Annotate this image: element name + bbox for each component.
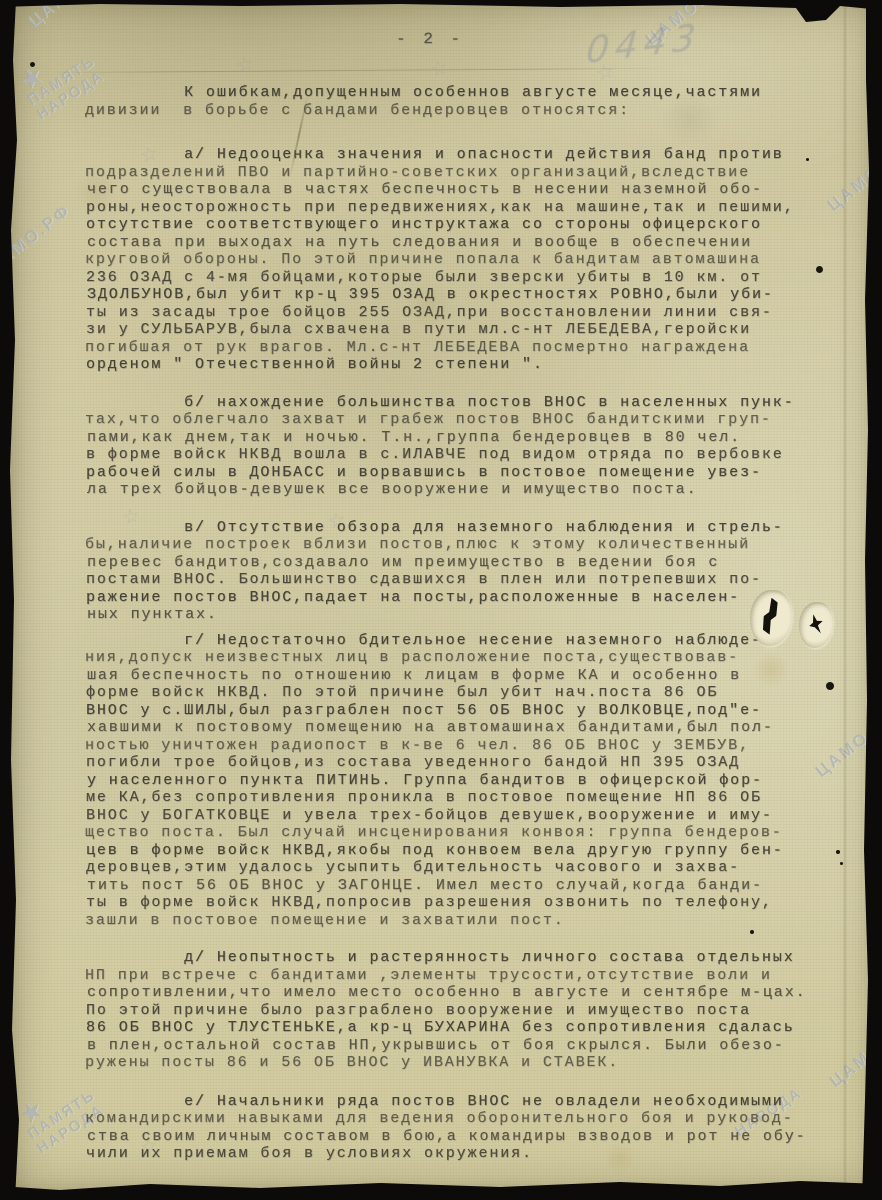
text-line: сопротивлении,что имело место особенно в… [87,984,847,1002]
text-line: 236 ОЗАД с 4-мя бойцами,которые были зве… [86,269,846,287]
text-line: К ошибкам,допущенным особеннов августе м… [86,84,846,102]
page-number: - 2 - [0,30,860,48]
ink-speck [30,62,35,67]
ink-speck [826,682,834,690]
text-line: По этой причине было разграблено вооруже… [86,1002,846,1020]
text-line: ства своим личным составом в бою,а коман… [87,1128,847,1146]
text-line: перевес бандитов,создавало им преимущест… [87,554,847,572]
text-line: рабочей силы в ДОНБАСС и ворвавшись в по… [86,464,846,482]
text-line: пами,как днем,так и ночью. Т.н.,группа б… [87,429,847,447]
fold-crease [843,0,847,1200]
text-line: в плен,остальной состав НП,укрывшись от … [87,1037,847,1055]
text-line: деровцев,этим удалось усыпить бдительнос… [86,859,846,877]
text-line: б/ нахождение большинства постов ВНОС в … [86,394,846,412]
text-line: НП при встрече с бандитами ,элементы тру… [85,967,845,985]
text-line: бы,наличие построек вблизи постов,плюс к… [85,536,845,554]
text-line: а/ Недооценка значения и опасности дейст… [86,146,846,164]
text-line: чили их приемам боя в условиях окружения… [86,1145,846,1163]
star-watermark-icon: ☆ [234,50,257,78]
text-line: ВНОС у БОГАТКОВЦЕ и увела трех-бойцов де… [86,807,846,825]
text-line: г/ Недостаточно бдительное несение назем… [86,632,846,650]
text-line: в форме войск НКВД вошла в с.ИЛАВЧЕ под … [86,446,846,464]
scan-border-top [0,0,882,24]
scan-border-left [0,0,30,1200]
text-line: погибшая от рук врагов. Мл.с-нт ЛЕБЕДЕВА… [85,339,845,357]
paragraph-intro: К ошибкам,допущенным особеннов августе м… [86,84,846,119]
text-line: круговой обороны. По этой причине попала… [85,251,845,269]
text-line: ражение постов ВНОС,падает на посты,расп… [86,589,846,607]
text-line: ла трех бойцов-девушек все вооружение и … [87,481,847,499]
text-line: хавшими к постовому помещению на автомаш… [87,719,847,737]
text-line: тах,что облегчало захват и грабеж постов… [85,411,845,429]
paragraph-e: е/ Начальники ряда постов ВНОС не овладе… [86,1093,846,1163]
text-line: роны,неосторожность при передвижениях,ка… [86,199,846,217]
text-line: ностью уничтожен радиопост в к-ве 6 чел.… [85,737,845,755]
scan-border-bottom [0,1172,882,1200]
text-line: д/ Неопытность и растерянность личного с… [86,949,846,967]
text-line: шая беспечность по отношению к лицам в ф… [87,667,847,685]
ink-speck [750,930,754,934]
star-icon: ★ [16,1070,90,1128]
scan-border-right [852,0,882,1200]
text-line: цев в форме войск НКВД,якобы под конвоем… [86,842,846,860]
text-line: состава при выходах на путь следования и… [87,234,847,252]
text-line: 86 ОБ ВНОС у ТЛУСТЕНЬКЕ,а кр-ц БУХАРИНА … [86,1019,846,1037]
scanned-document-page: ЦАМО.РФ ЦАМО.РФ ЦАМО.РФ ЦАМО.РФ ЦАМО.РФ … [0,0,882,1200]
paragraph-d: д/ Неопытность и растерянность личного с… [86,949,846,1072]
text-line: орденом " Отечественной войны 2 степени … [86,356,846,374]
text-line: ты в форме войск НКВД,попросив разрешени… [86,894,846,912]
text-line: форме войск НКВД. По этой причине был уб… [86,684,846,702]
text-line: щество поста. Был случай инсценирования … [85,824,845,842]
text-line: е/ Начальники ряда постов ВНОС не овладе… [86,1093,846,1111]
text-line: зашли в постовое помещение и захватили п… [85,912,845,930]
paper-hole-dark [808,613,825,635]
text-line: погибли трое бойцов,из состава уведенног… [86,754,846,772]
text-line: у населенного пункта ПИТИНЬ. Группа банд… [87,772,847,790]
ink-speck [816,266,823,273]
paragraph-b: б/ нахождение большинства постов ВНОС в … [86,394,846,499]
ink-speck [806,158,809,161]
text-line: зи у СУЛЬБАРУВ,была схвачена в пути мл.с… [86,321,846,339]
text-line: подразделений ПВО и партийно-советских о… [85,164,845,182]
star-watermark-icon: ☆ [594,58,617,86]
text-line: ружены посты 86 и 56 ОБ ВНОС у ИВАНУВКА … [85,1054,845,1072]
paragraph-g: г/ Недостаточно бдительное несение назем… [86,632,846,930]
text-line: командирскими навыками для ведения оборо… [85,1110,845,1128]
text-line: ме КА,без сопротивления проникла в посто… [86,789,846,807]
ink-speck [836,850,840,854]
text-line: ВНОС у с.ШИЛЫ,был разграблен пост 56 ОБ … [86,702,846,720]
text-line: чего существовала в частях беспечность в… [87,181,847,199]
text-line: ты из засады трое бойцов 255 ОЗАД,при во… [86,304,846,322]
text-line: постами ВНОС. Большинство сдавшихся в пл… [86,571,846,589]
text-line: тить пост 56 ОБ ВНОС у ЗАГОНЦЕ. Имел мес… [87,877,847,895]
text-line: ния,допуск неизвестных лиц в расположени… [85,649,845,667]
text-line: отсутствие соответствующего инструктажа … [86,216,846,234]
text-line: ных пунктах. [87,606,847,624]
document-body: К ошибкам,допущенным особеннов августе м… [86,84,846,1163]
paragraph-a: а/ Недооценка значения и опасности дейст… [86,146,846,374]
fold-crease [44,68,664,73]
paper-hole-dark [759,597,780,635]
text-line: дивизии в борьбе с бандами бендеровцев о… [85,102,845,120]
text-line: ЗДОЛБУНОВ,был убит кр-ц 395 ОЗАД в окрес… [87,286,847,304]
text-line: в/ Отсутствие обзора для наземного наблю… [86,519,846,537]
paragraph-v: в/ Отсутствие обзора для наземного наблю… [86,519,846,624]
